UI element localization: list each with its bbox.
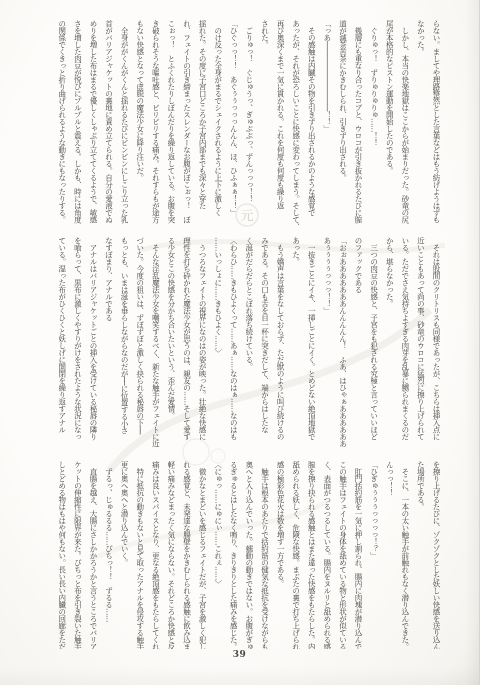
text-column: れ、フェイトの引き締まったスレンダーなお腹がぼこぉっ！ ぼ [179, 20, 195, 232]
text-column: うつろなフェイトの視界になのはの姿が映った。壮絶な快感に [195, 237, 211, 453]
text-column: ぐりゅっ！ ずりゅりゅりゅ……！！ [366, 20, 382, 232]
text-column: 「おぉあああああああんんんんん！ ふあ、はひゃぁああああああ [335, 237, 351, 453]
text-column: る少女とこの快感を分かち合いたいという、歪んだ愛情。 [163, 237, 179, 453]
text-column: た場所である。 [413, 461, 429, 649]
text-column: を擦り上げるたびに、ゾクゾクとした妖しい快感を送り込んでき [428, 461, 444, 649]
page-number: 39 [0, 650, 479, 660]
text-column: めりを増した布はまるで優しくしゃぶり立ててくるようで、敏感 [85, 20, 101, 232]
text-column: あったが、それが恐ろしいことに快感に変わってしまう。そして、 [288, 20, 304, 232]
text-column: 「ひぐっっ！！ あぐぅぅっっっんんん、ほ、ひふぁぁ！！」 [226, 20, 242, 232]
text-column: を喰らって、黒布に激しくやすりがけをされたような状況になっ [70, 237, 86, 453]
text-column: もっとも、いまは涎を垂らしながらなのだが──に位置する小さ [117, 237, 133, 453]
text-column: ケットの伸縮性に限界が来た。ぴちっと布を引き裂いた触手を押 [70, 461, 86, 649]
text-column: き破られそうな嘔吐感と、ビリビリする痛み。それすらもが途方 [148, 20, 164, 232]
text-column: 「ひぎゅぅぅぅっっっっ！？」 [366, 461, 382, 649]
text-band-middle: それは股間のクリトリスも同様であったが、こちらは挿入点に近いこともあって尚の事、… [54, 237, 444, 453]
text-column: 再び奥深くまで一気に貫かれる。これを何度も何度も繰り返 [272, 20, 288, 232]
text-column: 近いこともあって尚の事、砂竜のウロコに猛烈に擦り上げられて [413, 237, 429, 453]
text-column: のファックである [350, 237, 366, 453]
text-column: 揺れた。その度に子宮口どころか子宮内部までも深々と穿た [195, 20, 211, 232]
text-column: 痛みは良いスパイスとなり、更なる絶頂感をもたらしてくれる。 [148, 461, 164, 649]
text-column: 触手は根本のあたりで括約筋の健気な抵抗を受けながらも奥へ [257, 461, 273, 649]
page-edge-shadow [465, 0, 479, 685]
text-column: そこに、一本の太い触手が前触れもなく潜り込んできた。ずぶ [397, 461, 413, 649]
text-column: るぎゅるとはしたなく鳴り、きりきりとした痛みを感じた。 [226, 461, 242, 649]
text-column: 膣を擦り抉られる感触とはまた違った快感をもたらした。内臓を [304, 461, 320, 649]
text-column: んっっ！！ [382, 461, 398, 649]
text-column: 三つの肉豆の快感と、子宮をも犯される究極と言っていいほど [366, 237, 382, 453]
text-column: のけ反った全身がまるでシェイクされるように上下に激しく [210, 20, 226, 232]
text-column: ずるっ、じゅるるる……ぴちっ！！ ずるる…… [101, 461, 117, 649]
text-band-bottom: を擦り上げるたびに、ゾクゾクとした妖しい快感を送り込んできた場所である。 そこに… [54, 461, 444, 649]
text-column: づいた。今度の狙いは、ずぼずぼと激しく抉られる秘唇の下── [132, 237, 148, 453]
text-column: らない。ましてや理路整然とした言葉などはもう紡げようはずも [428, 20, 444, 232]
text-column: 肛門括約筋を一気に押し割られ、腸内に肉塊が潜り込んでくる。 [350, 461, 366, 649]
text-column: く、表面がつるつるしている。腸内をヌルリと舐められる感触は [319, 461, 335, 649]
text-column: ……いっしょに……きもひよく……〉 [210, 237, 226, 453]
text-column: 〈にゅっ……にゅにぃ……これぇ……〉 [210, 461, 226, 649]
text-column: 舐められる妖しく、危険な快感。まぶたの裏で打ち上げられる快 [288, 461, 304, 649]
text-column: 一抜きごとにイキ、一挿しごとにイく。とめどない絶頂地獄で [304, 237, 320, 453]
text-column: みである。その口も舌を目一杯に突きだして、端からはしたな [257, 237, 273, 453]
text-column: あった。 [288, 237, 304, 453]
page-bottom-shadow [0, 667, 479, 685]
text-column: 特に抵抗の動きもないと見て取ったアナルを侵攻する触手は、 [132, 461, 148, 649]
text-column: さを増した肉豆が悦びにプルプルと震える。しかも、時には角度 [70, 20, 86, 232]
text-column: 首がバリアジャケットの裏地に責め立てられる。自分の愛液でぬ [101, 20, 117, 232]
text-column: 「っあ――――――――――！！」 [319, 20, 335, 232]
text-column: 全身ががくんがくんと揺れるたびにビンビンにしこり立った乳 [117, 20, 133, 232]
text-column: こぉっ！ とふくれたりしぼんだりを繰り返している。お腹を突 [163, 20, 179, 232]
text-column: ている。湿った布がひくひくと妖しげに開閉を繰り返すアナル [54, 237, 70, 453]
text-column: 道が滅茶苦茶にかきむしられ、引きずり出される。 [335, 20, 351, 232]
text-column: 直腸を越え、大腸にさしかかろうかと言うところでバリアジャ [85, 461, 101, 649]
text-column: 尾が本格的なピストン運動を開始したのである。 [382, 20, 398, 232]
text-column: なかった。 [413, 20, 429, 232]
text-column: された。 [257, 20, 273, 232]
text-column: アナルはバリアジャケットごとの挿入を受けている秘唇の隣り [85, 237, 101, 453]
text-column: なすぼまり、アナルである [101, 237, 117, 453]
text-column: その感触は内臓その物を引きずり出されるかのような感覚で [304, 20, 320, 232]
text-column: 更に奥へ奥へと潜り込んでいく。 [117, 461, 133, 649]
text-column: から、堪らなかった。 [382, 237, 398, 453]
text-column: しとどめる物はもはや何もない。長い長い内臓の回廊をただひた [54, 461, 70, 649]
text-column: もない快感となって虚脱の魔法少女に降り注いだ。 [132, 20, 148, 232]
book-page: 元 らない。ましてや理路整然とした言葉などはもう紡げようはずもなかった。 しかし… [0, 0, 480, 685]
text-column: しかし、本当の快楽地獄はここからが始まりだった。砂竜の尻 [397, 20, 413, 232]
text-column: 幾層にも重なり合ったコブと、ウロコが引き抜かれるたびに膣 [350, 20, 366, 232]
text-column: この触手はフェイトの身体を舐めている物と形状が似ているらし [335, 461, 351, 649]
text-column: そんな淫乱魔法少女を嘲笑するべく、新たな触手がフェイトに近 [148, 237, 164, 453]
text-column: 奥へと入り込んでいった。蠕動の動きではない。お腹がぎゅ [241, 461, 257, 649]
text-band-top: らない。ましてや理路整然とした言葉などはもう紡げようはずもなかった。 しかし、本… [54, 20, 444, 232]
text-column: いる。ただでさえ気持ちよすぎる肉芽を乱暴に嬲られまくるのだ [397, 237, 413, 453]
text-column: 理性を打ち砕かれた魔法少女が思うのは、親友の……そして愛す [179, 237, 195, 453]
text-column: ごりゅっ！ ぐじゅうっ、ぎゅぷぷっ、ずんっっっ！！ [241, 20, 257, 232]
text-column: く涎がだらだらとこぼれ落ち続けている。 [241, 237, 257, 453]
text-column: 感の極彩色花火は数を増す一方である。 [272, 461, 288, 649]
text-column: それは股間のクリトリスも同様であったが、こちらは挿入点に [428, 237, 444, 453]
text-column: もう嬌声は言葉をなしておらず、ただ獣のように叫び続けるの [272, 237, 288, 453]
text-column: 〈わらひ……きもひよくって……あぁ……なのはぁ……なのはも [226, 237, 242, 453]
text-column: 軽い痛みなどまったく気にならない。それどころか快感と反する [163, 461, 179, 649]
text-column: あぅぅぅぅっっっ！！」 [319, 237, 335, 453]
text-column: れる感覚と、未発達な腸壁をかきむしられる感触に飲み込まれて [179, 461, 195, 649]
text-column: 微かなとまどいを感じるフェイトだが、子宮を激しく犯し抜か [195, 461, 211, 649]
text-column: の関係でくきっと折り曲げられるような動きにもなったりする。 [54, 20, 70, 232]
